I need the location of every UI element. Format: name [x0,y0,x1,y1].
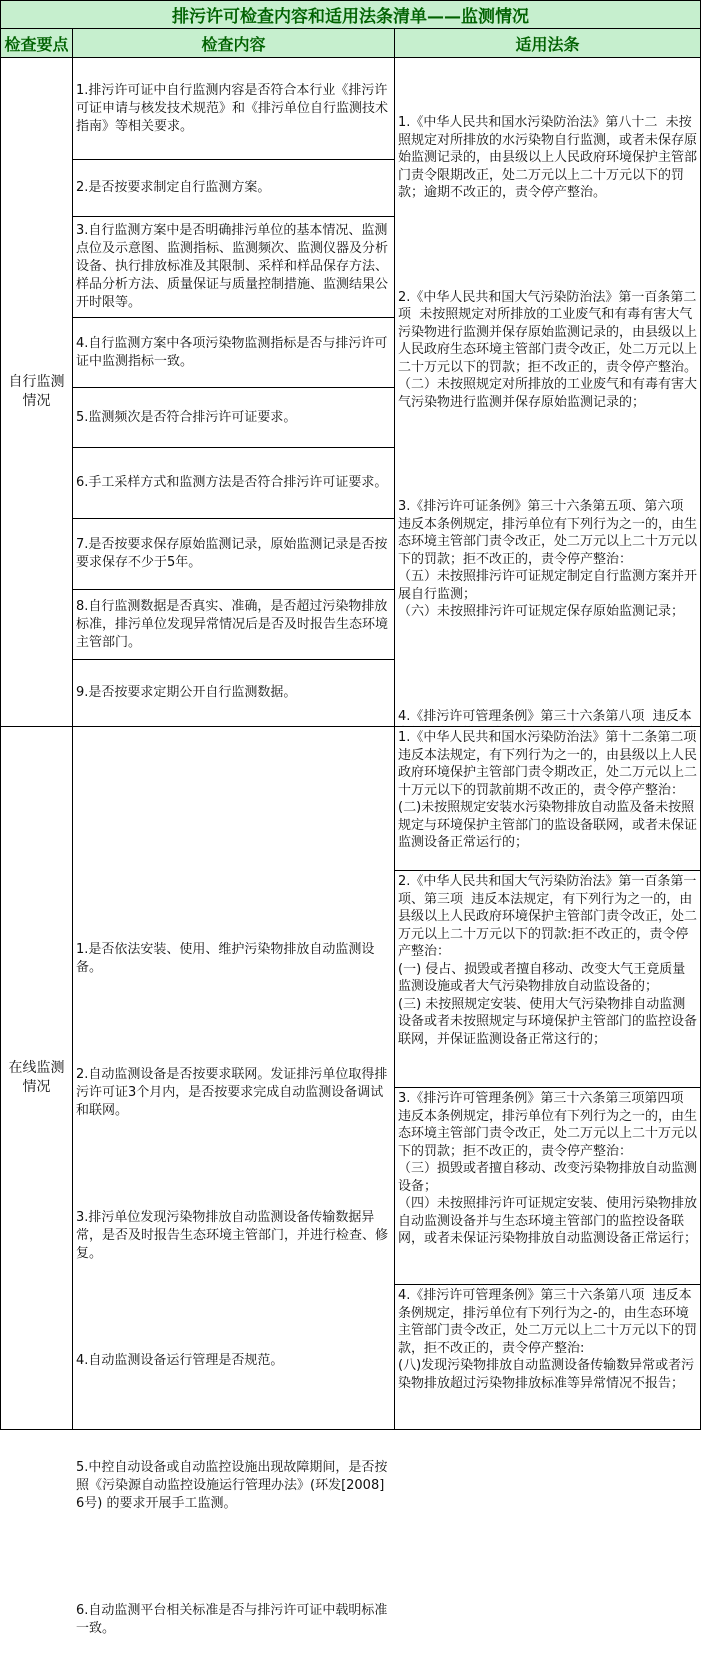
check-item: 1.是否依法安装、使用、维护污染物排放自动监测设备。 [76,941,392,977]
check-item: 6.手工采样方式和监测方法是否符合排污许可证要求。 [72,447,395,519]
law-entry: 3.《排污许可管理条例》第三十六条第三项第四项 违反本条例规定，排污单位有下列行… [394,1087,701,1285]
law-entry: 2.《中华人民共和国大气污染防治法》第一百条第一项、第三项 违反本法规定，有下列… [394,870,701,1088]
column-header-laws: 适用法条 [394,28,701,58]
regulation-table: 排污许可检查内容和适用法条清单——监测情况 检查要点 检查内容 适用法条 自行监… [0,0,701,1430]
law-entry: 1.《中华人民共和国水污染防治法》第十二条第二项 违反本法规定，有下列行为之一的… [394,726,701,871]
law-entry: 2.《中华人民共和国大气污染防治法》第一百条第二项 未按照规定对所排放的工业废气… [398,289,698,412]
check-item: 5.监测频次是否符合排污许可证要求。 [72,387,395,448]
check-item: 8.自行监测数据是否真实、准确，是否超过污染物排放标准，排污单位发现异常情况后是… [72,589,395,660]
check-item: 3.排污单位发现污染物排放自动监测设备传输数据异常，是否及时报告生态环境主管部门… [76,1209,392,1263]
law-entry: 4.《排污许可管理条例》第三十六条第八项 违反本条例规定，排污单位有下列行为之-… [394,1284,701,1430]
check-item: 7.是否按要求保存原始监测记录，原始监测记录是否按要求保存不少于5年。 [72,518,395,590]
check-item: 9.是否按要求定期公开自行监测数据。 [72,659,395,727]
check-items-online-monitoring: 1.是否依法安装、使用、维护污染物排放自动监测设备。 2.自动监测设备是否按要求… [72,726,395,1430]
column-header-content: 检查内容 [72,28,395,58]
law-entry: 1.《中华人民共和国水污染防治法》第八十二 未按照规定对所排放的水污染物自行监测… [398,114,698,202]
table-title: 排污许可检查内容和适用法条清单——监测情况 [0,0,701,29]
check-item: 2.自动监测设备是否按要求联网。发证排污单位取得排污许可证3个月内，是否按要求完… [76,1066,392,1120]
column-header-checkpoint: 检查要点 [0,28,73,58]
check-item: 2.是否按要求制定自行监测方案。 [72,159,395,217]
law-entry: 3.《排污许可证条例》第三十六条第五项、第六项 违反本条例规定，排污单位有下列行… [398,498,698,621]
check-item: 1.排污许可证中自行监测内容是否符合本行业《排污许可证申请与核发技术规范》和《排… [72,57,395,160]
applicable-laws-self-monitoring: 1.《中华人民共和国水污染防治法》第八十二 未按照规定对所排放的水污染物自行监测… [394,57,701,727]
check-item: 3.自行监测方案中是否明确排污单位的基本情况、监测点位及示意图、监测指标、监测频… [72,216,395,318]
category-self-monitoring: 自行监测 情况 [0,57,73,727]
check-item: 4.自动监测设备运行管理是否规范。 [76,1352,392,1370]
category-online-monitoring: 在线监测 情况 [0,726,73,1430]
check-item: 4.自行监测方案中各项污染物监测指标是否与排污许可证中监测指标一致。 [72,317,395,388]
